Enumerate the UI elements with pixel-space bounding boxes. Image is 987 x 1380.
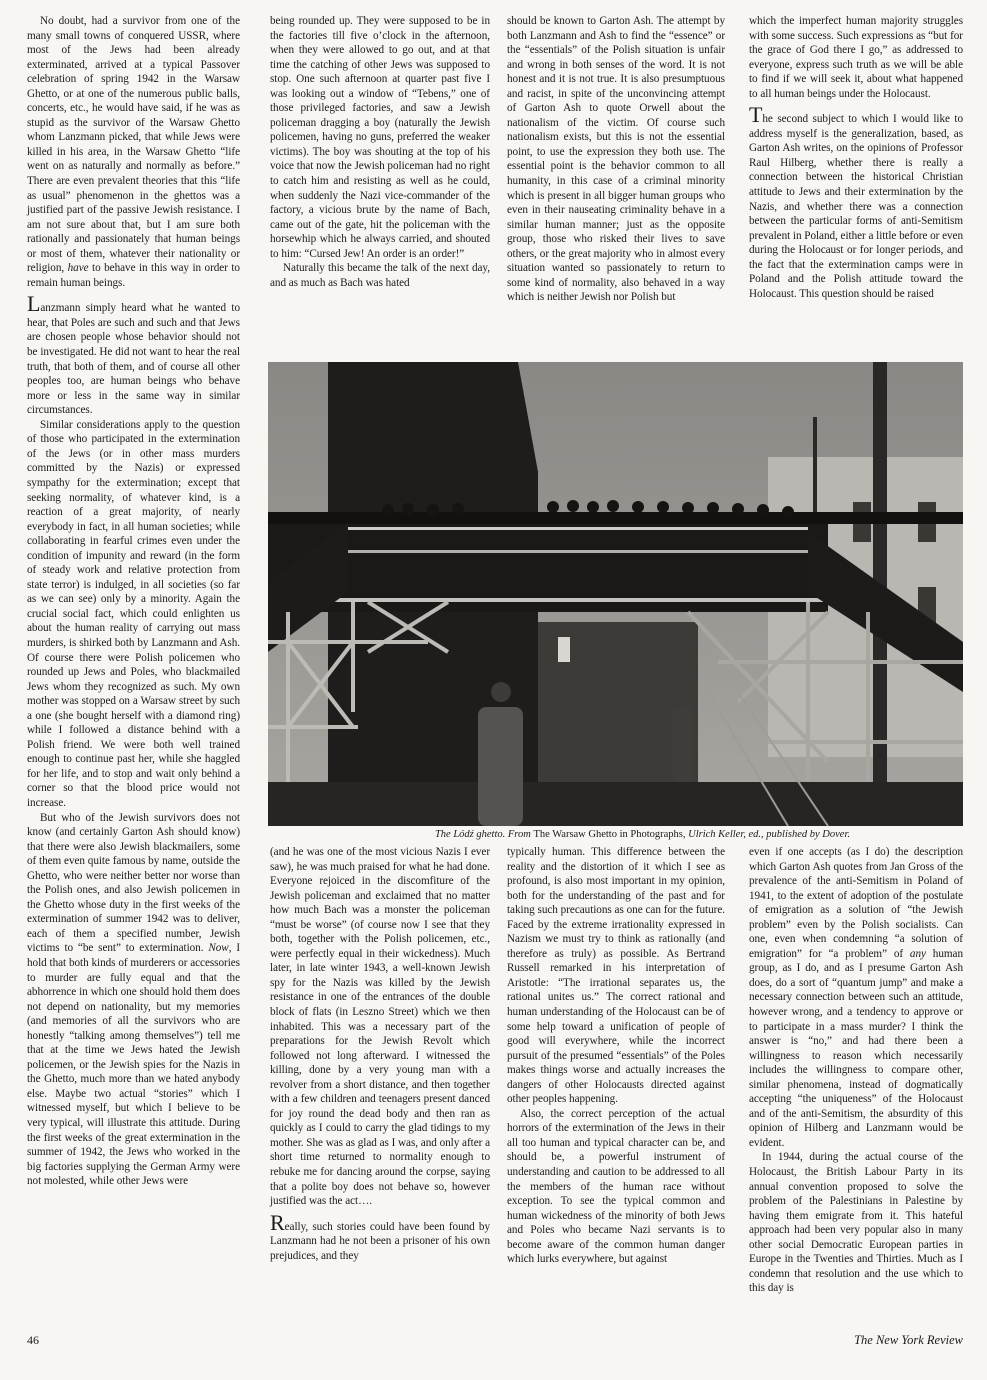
paragraph: should be known to Garton Ash. The attem… [507, 14, 725, 305]
article-column-2-top: being rounded up. They were supposed to … [270, 14, 490, 290]
paragraph: Similar considerations apply to the ques… [27, 418, 240, 811]
photo-caption: The Lódź ghetto. From The Warsaw Ghetto … [268, 829, 850, 841]
drop-cap: T [749, 102, 762, 127]
drop-cap: R [270, 1210, 285, 1235]
paragraph: Naturally this became the talk of the ne… [270, 261, 490, 290]
paragraph: But who of the Jewish survivors does not… [27, 811, 240, 1189]
article-column-1: No doubt, had a survivor from one of the… [27, 14, 240, 1189]
paragraph-section-start: The second subject to which I would like… [749, 108, 963, 301]
paragraph: even if one accepts (as I do) the descri… [749, 845, 963, 1150]
paragraph: being rounded up. They were supposed to … [270, 14, 490, 261]
article-column-4-bottom: even if one accepts (as I do) the descri… [749, 845, 963, 1296]
drop-cap: L [27, 291, 40, 316]
paragraph-section-start: Really, such stories could have been fou… [270, 1216, 490, 1264]
paragraph: In 1944, during the actual course of the… [749, 1150, 963, 1295]
page-number: 46 [27, 1333, 39, 1348]
article-column-3-top: should be known to Garton Ash. The attem… [507, 14, 725, 305]
publication-name: The New York Review [854, 1333, 963, 1348]
paragraph-section-start: Lanzmann simply heard what he wanted to … [27, 297, 240, 417]
ghetto-photograph [268, 362, 963, 826]
paragraph: which the imperfect human majority strug… [749, 14, 963, 101]
article-column-2-bottom: (and he was one of the most vicious Nazi… [270, 845, 490, 1263]
paragraph: (and he was one of the most vicious Nazi… [270, 845, 490, 1209]
paragraph: No doubt, had a survivor from one of the… [27, 14, 240, 290]
article-column-4-top: which the imperfect human majority strug… [749, 14, 963, 301]
paragraph: Also, the correct perception of the actu… [507, 1107, 725, 1267]
paragraph: typically human. This difference between… [507, 845, 725, 1107]
footbridge-photo-image [268, 362, 963, 826]
article-column-3-bottom: typically human. This difference between… [507, 845, 725, 1267]
